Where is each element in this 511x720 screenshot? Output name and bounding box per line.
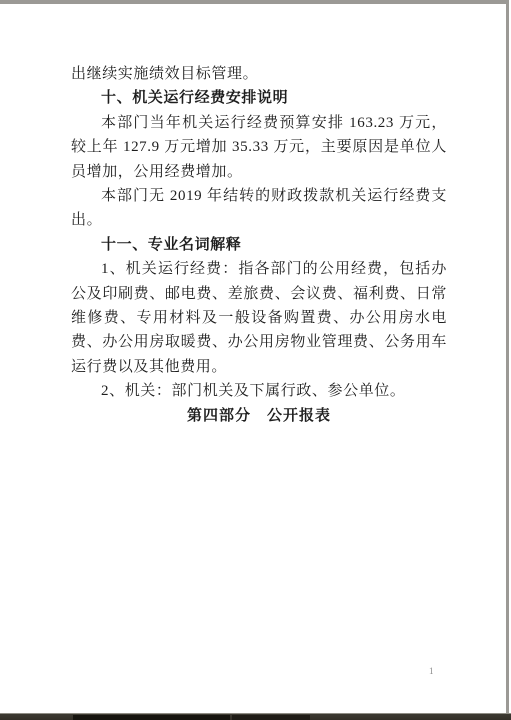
scan-edge-bottom <box>0 713 511 720</box>
document-page: 出继续实施绩效目标管理。 十、机关运行经费安排说明 本部门当年机关运行经费预算安… <box>0 0 511 720</box>
paragraph-continuation: 出继续实施绩效目标管理。 <box>71 62 447 86</box>
section-heading-eleven: 十一、专业名词解释 <box>71 233 447 257</box>
part-title: 第四部分 公开报表 <box>71 404 447 428</box>
scan-edge-top <box>0 0 509 4</box>
paragraph: 本部门无 2019 年结转的财政拨款机关运行经费支出。 <box>71 184 447 233</box>
paragraph: 2、机关：部门机关及下属行政、参公单位。 <box>71 379 447 403</box>
scan-edge-dark-segment <box>232 715 310 720</box>
paragraph: 1、机关运行经费：指各部门的公用经费，包括办公及印刷费、邮电费、差旅费、会议费、… <box>71 257 447 379</box>
document-body: 出继续实施绩效目标管理。 十、机关运行经费安排说明 本部门当年机关运行经费预算安… <box>71 62 447 428</box>
scan-edge-right <box>506 0 509 714</box>
page-number: 1 <box>429 666 434 676</box>
scan-edge-dark-segment <box>73 715 230 720</box>
paragraph: 本部门当年机关运行经费预算安排 163.23 万元，较上年 127.9 万元增加… <box>71 111 447 184</box>
section-heading-ten: 十、机关运行经费安排说明 <box>71 86 447 110</box>
